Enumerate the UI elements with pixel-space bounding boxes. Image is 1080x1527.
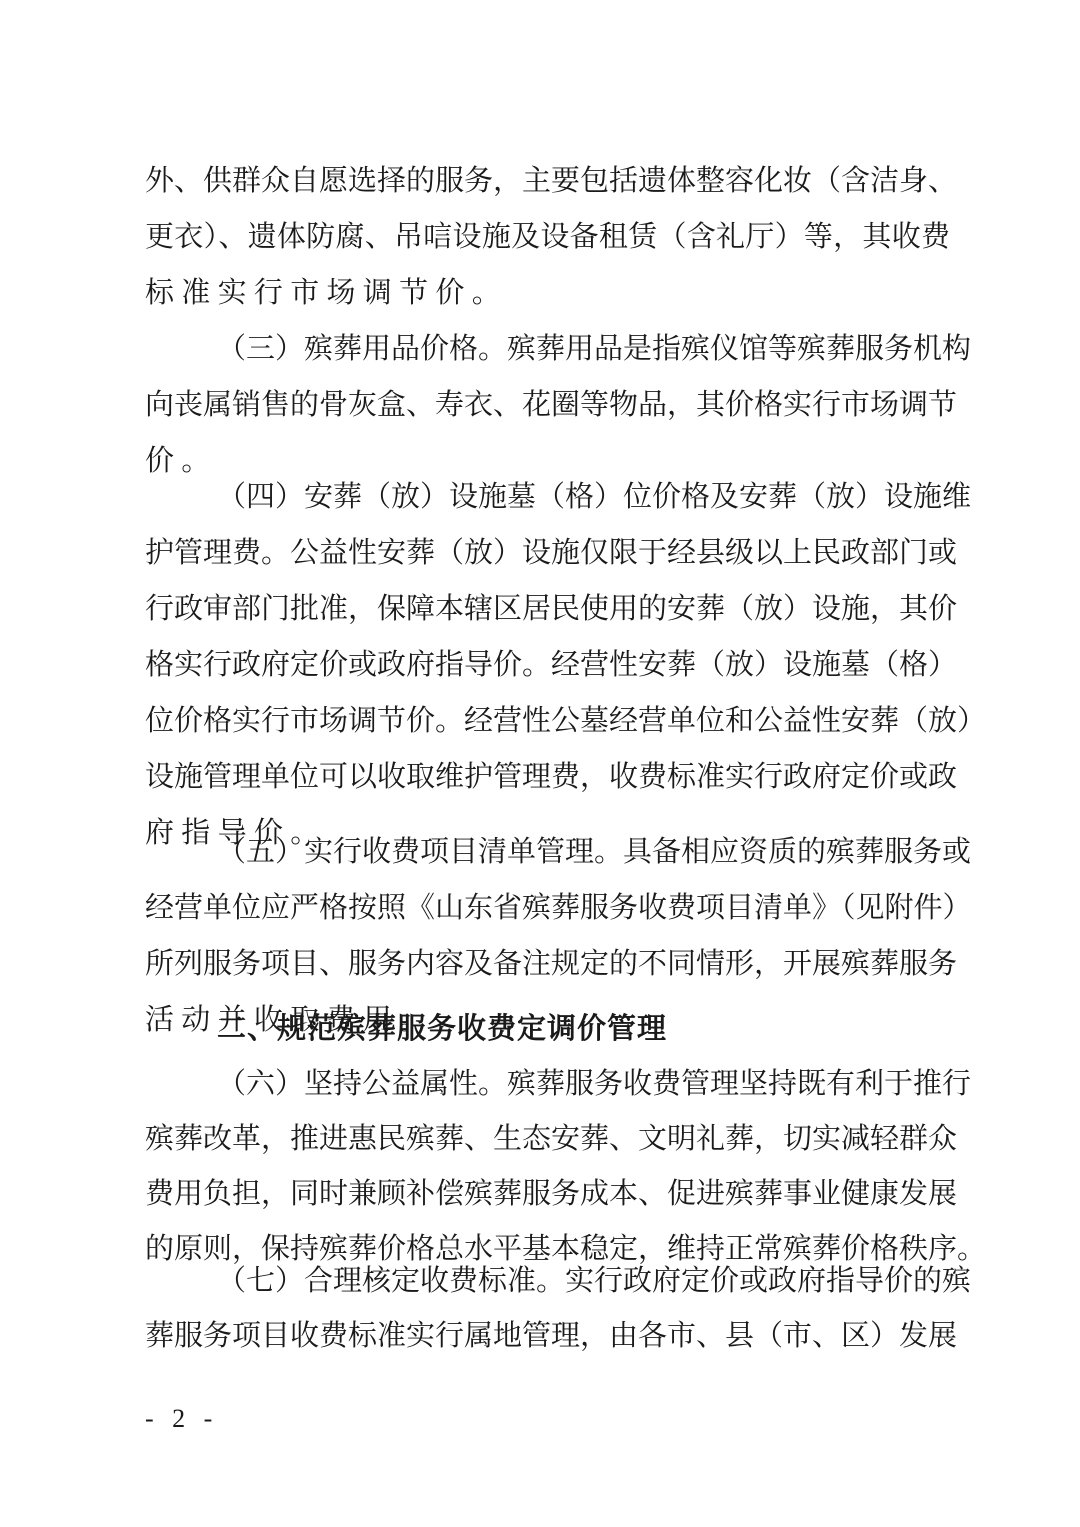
paragraph-line: 护管理费。公益性安葬（放）设施仅限于经县级以上民政部门或	[145, 532, 950, 572]
paragraph-line: 外、供群众自愿选择的服务，主要包括遗体整容化妆（含洁身、	[145, 160, 950, 200]
paragraph-line: （七）合理核定收费标准。实行政府定价或政府指导价的殡	[217, 1260, 950, 1300]
paragraph-line: （四）安葬（放）设施墓（格）位价格及安葬（放）设施维	[217, 476, 950, 516]
paragraph-line: 殡葬改革，推进惠民殡葬、生态安葬、文明礼葬，切实减轻群众	[145, 1118, 950, 1158]
paragraph-line: 向丧属销售的骨灰盒、寿衣、花圈等物品，其价格实行市场调节	[145, 384, 950, 424]
paragraph-line: 经营单位应严格按照《山东省殡葬服务收费项目清单》（见附件）	[145, 887, 950, 927]
document-page: 外、供群众自愿选择的服务，主要包括遗体整容化妆（含洁身、更衣）、遗体防腐、吊唁设…	[0, 0, 1080, 1527]
paragraph-line: （六）坚持公益属性。殡葬服务收费管理坚持既有利于推行	[217, 1063, 950, 1103]
page-number: - 2 -	[145, 1403, 218, 1435]
paragraph-line: 葬服务项目收费标准实行属地管理，由各市、县（市、区）发展	[145, 1315, 950, 1355]
paragraph-line: 行政审部门批准，保障本辖区居民使用的安葬（放）设施，其价	[145, 588, 950, 628]
paragraph-line: 所列服务项目、服务内容及备注规定的不同情形，开展殡葬服务	[145, 943, 950, 983]
paragraph-line: （三）殡葬用品价格。殡葬用品是指殡仪馆等殡葬服务机构	[217, 328, 950, 368]
paragraph-line: 格实行政府定价或政府指导价。经营性安葬（放）设施墓（格）	[145, 644, 950, 684]
paragraph-line: （五）实行收费项目清单管理。具备相应资质的殡葬服务或	[217, 831, 950, 871]
paragraph-line: 位价格实行市场调节价。经营性公墓经营单位和公益性安葬（放）	[145, 700, 950, 740]
paragraph-line: 费用负担，同时兼顾补偿殡葬服务成本、促进殡葬事业健康发展	[145, 1173, 950, 1213]
paragraph-line: 标准实行市场调节价。	[145, 272, 950, 312]
paragraph-line: 价。	[145, 440, 950, 480]
paragraph-line: 设施管理单位可以收取维护管理费，收费标准实行政府定价或政	[145, 756, 950, 796]
paragraph-line: 更衣）、遗体防腐、吊唁设施及设备租赁（含礼厅）等，其收费	[145, 216, 950, 256]
section-heading: 二、规范殡葬服务收费定调价管理	[217, 1008, 950, 1048]
